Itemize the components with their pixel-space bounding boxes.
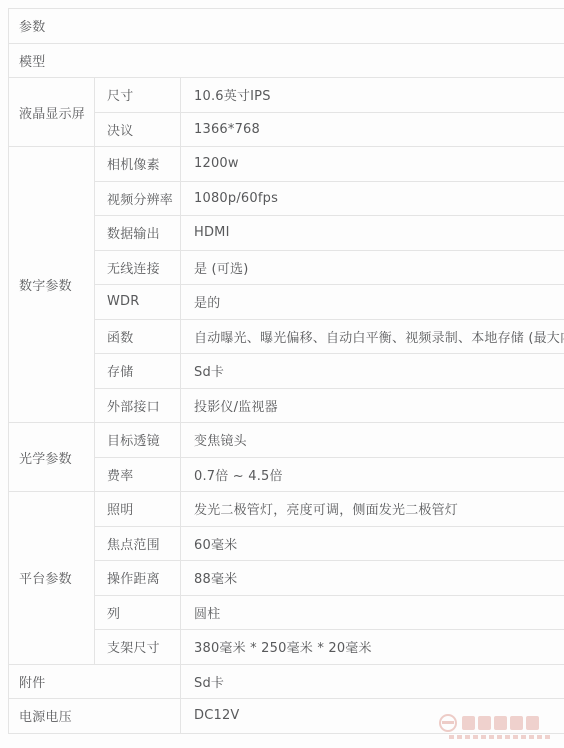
param-value-cell: 1200w <box>181 147 564 182</box>
param-label-cell: 外部接口 <box>95 388 181 423</box>
table-row: 电源电压 DC12V <box>9 699 564 734</box>
param-label-cell: 无线连接 <box>95 250 181 285</box>
param-label-cell: 列 <box>95 595 181 630</box>
table-row: 模型 <box>9 43 564 78</box>
param-label-cell: 目标透镜 <box>95 423 181 458</box>
param-value-cell: 自动曝光、曝光偏移、自动白平衡、视频录制、本地存储 (最大内存32G) <box>181 319 564 354</box>
param-value-cell: 1366*768 <box>181 112 564 147</box>
param-label-cell: 视频分辨率 <box>95 181 181 216</box>
category-cell: 液晶显示屏 <box>9 78 95 147</box>
param-label-cell: 尺寸 <box>95 78 181 113</box>
param-label-cell: 支架尺寸 <box>95 630 181 665</box>
param-value-cell: 是的 <box>181 285 564 320</box>
table-row: 液晶显示屏 尺寸 10.6英寸IPS <box>9 78 564 113</box>
param-label-cell: 存储 <box>95 354 181 389</box>
table-row: 数字参数 相机像素 1200w <box>9 147 564 182</box>
param-label-cell: 焦点范围 <box>95 526 181 561</box>
param-value-cell: 88毫米 <box>181 561 564 596</box>
table-row: 光学参数 目标透镜 变焦镜头 <box>9 423 564 458</box>
table-row: 平台参数 照明 发光二极管灯，亮度可调，侧面发光二极管灯 <box>9 492 564 527</box>
param-value-cell: Sd卡 <box>181 354 564 389</box>
category-cell: 光学参数 <box>9 423 95 492</box>
param-label-cell: WDR <box>95 285 181 320</box>
section-header-cell: 参数 <box>9 9 564 44</box>
table-row: 参数 <box>9 9 564 44</box>
param-label-cell: 函数 <box>95 319 181 354</box>
table-row: 附件 Sd卡 <box>9 664 564 699</box>
param-label-cell: 照明 <box>95 492 181 527</box>
param-value-cell: 发光二极管灯，亮度可调，侧面发光二极管灯 <box>181 492 564 527</box>
param-label-cell: 相机像素 <box>95 147 181 182</box>
param-value-cell: DC12V <box>181 699 564 734</box>
category-cell: 数字参数 <box>9 147 95 423</box>
param-value-cell: 圆柱 <box>181 595 564 630</box>
category-cell: 电源电压 <box>9 699 181 734</box>
param-value-cell: Sd卡 <box>181 664 564 699</box>
category-cell: 附件 <box>9 664 181 699</box>
param-value-cell: 10.6英寸IPS <box>181 78 564 113</box>
param-value-cell: 是 (可选) <box>181 250 564 285</box>
param-label-cell: 操作距离 <box>95 561 181 596</box>
spec-table: 参数 模型 液晶显示屏 尺寸 10.6英寸IPS 决议 1366*768 数字参… <box>8 8 564 734</box>
param-value-cell: 投影仪/监视器 <box>181 388 564 423</box>
param-label-cell: 数据输出 <box>95 216 181 251</box>
param-value-cell: 变焦镜头 <box>181 423 564 458</box>
param-value-cell: HDMI <box>181 216 564 251</box>
param-value-cell: 0.7倍 ~ 4.5倍 <box>181 457 564 492</box>
category-cell: 平台参数 <box>9 492 95 665</box>
param-label-cell: 决议 <box>95 112 181 147</box>
param-label-cell: 费率 <box>95 457 181 492</box>
section-header-cell: 模型 <box>9 43 564 78</box>
param-value-cell: 380毫米 * 250毫米 * 20毫米 <box>181 630 564 665</box>
param-value-cell: 60毫米 <box>181 526 564 561</box>
param-value-cell: 1080p/60fps <box>181 181 564 216</box>
watermark-subtext <box>449 735 551 739</box>
